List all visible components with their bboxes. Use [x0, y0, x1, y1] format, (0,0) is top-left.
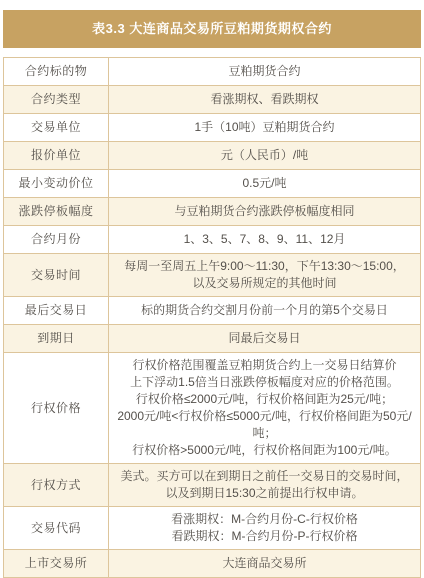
row-label: 最小变动价位 [4, 170, 109, 198]
value-line: 行权价格范围覆盖豆粕期货合约上一交易日结算价 [113, 357, 416, 374]
value-line: 美式。买方可以在到期日之前任一交易日的交易时间， [113, 468, 416, 485]
row-value: 看涨期权：M-合约月份-C-行权价格 看跌期权：M-合约月份-P-行权价格 [109, 507, 421, 550]
value-line: 看涨期权：M-合约月份-C-行权价格 [113, 511, 416, 528]
table-row: 最小变动价位 0.5元/吨 [4, 170, 421, 198]
value-line: 豆粕期货合约 [113, 63, 416, 80]
row-label: 到期日 [4, 325, 109, 353]
value-line: 看涨期权、看跌期权 [113, 91, 416, 108]
value-line: 1、3、5、7、8、9、11、12月 [113, 231, 416, 248]
row-label: 交易时间 [4, 254, 109, 297]
table-row: 交易单位 1手（10吨）豆粕期货合约 [4, 114, 421, 142]
row-label: 涨跌停板幅度 [4, 198, 109, 226]
row-value: 0.5元/吨 [109, 170, 421, 198]
contract-table: 合约标的物 豆粕期货合约 合约类型 看涨期权、看跌期权 交易单位 1手（10吨）… [3, 57, 421, 578]
value-line: 元（人民币）/吨 [113, 147, 416, 164]
table-row: 到期日 同最后交易日 [4, 325, 421, 353]
row-value: 1手（10吨）豆粕期货合约 [109, 114, 421, 142]
table-row: 合约月份 1、3、5、7、8、9、11、12月 [4, 226, 421, 254]
table-row: 交易时间 每周一至周五上午9:00～11:30，下午13:30～15:00， 以… [4, 254, 421, 297]
row-value: 1、3、5、7、8、9、11、12月 [109, 226, 421, 254]
table-row: 交易代码 看涨期权：M-合约月份-C-行权价格 看跌期权：M-合约月份-P-行权… [4, 507, 421, 550]
table-row: 行权价格 行权价格范围覆盖豆粕期货合约上一交易日结算价 上下浮动1.5倍当日涨跌… [4, 353, 421, 464]
table-row: 合约类型 看涨期权、看跌期权 [4, 86, 421, 114]
row-value: 豆粕期货合约 [109, 58, 421, 86]
table-row: 上市交易所 大连商品交易所 [4, 550, 421, 578]
value-line: 与豆粕期货合约涨跌停板幅度相同 [113, 203, 416, 220]
table-title: 表3.3 大连商品交易所豆粕期货期权合约 [3, 10, 421, 48]
row-value: 大连商品交易所 [109, 550, 421, 578]
row-label: 合约月份 [4, 226, 109, 254]
value-line: 行权价格>5000元/吨，行权价格间距为100元/吨。 [113, 442, 416, 459]
value-line: 以及交易所规定的其他时间 [113, 275, 416, 292]
value-line: 同最后交易日 [113, 330, 416, 347]
row-label: 报价单位 [4, 142, 109, 170]
value-line: 以及到期日15:30之前提出行权申请。 [113, 485, 416, 502]
value-line: 上下浮动1.5倍当日涨跌停板幅度对应的价格范围。 [113, 374, 416, 391]
row-label: 交易单位 [4, 114, 109, 142]
value-line: 1手（10吨）豆粕期货合约 [113, 119, 416, 136]
row-value: 行权价格范围覆盖豆粕期货合约上一交易日结算价 上下浮动1.5倍当日涨跌停板幅度对… [109, 353, 421, 464]
value-line: 0.5元/吨 [113, 175, 416, 192]
row-label: 合约标的物 [4, 58, 109, 86]
row-label: 行权方式 [4, 464, 109, 507]
value-line: 标的期货合约交割月份前一个月的第5个交易日 [113, 302, 416, 319]
value-line: 2000元/吨<行权价格≤5000元/吨，行权价格间距为50元/吨； [113, 408, 416, 442]
row-value: 每周一至周五上午9:00～11:30，下午13:30～15:00， 以及交易所规… [109, 254, 421, 297]
row-label: 最后交易日 [4, 297, 109, 325]
table-row: 合约标的物 豆粕期货合约 [4, 58, 421, 86]
table-row: 涨跌停板幅度 与豆粕期货合约涨跌停板幅度相同 [4, 198, 421, 226]
row-value: 同最后交易日 [109, 325, 421, 353]
row-value: 与豆粕期货合约涨跌停板幅度相同 [109, 198, 421, 226]
row-value: 美式。买方可以在到期日之前任一交易日的交易时间， 以及到期日15:30之前提出行… [109, 464, 421, 507]
table-row: 最后交易日 标的期货合约交割月份前一个月的第5个交易日 [4, 297, 421, 325]
table-row: 报价单位 元（人民币）/吨 [4, 142, 421, 170]
value-line: 看跌期权：M-合约月份-P-行权价格 [113, 528, 416, 545]
value-line: 大连商品交易所 [113, 555, 416, 572]
row-label: 交易代码 [4, 507, 109, 550]
row-label: 合约类型 [4, 86, 109, 114]
value-line: 每周一至周五上午9:00～11:30，下午13:30～15:00， [113, 258, 416, 275]
value-line: 行权价格≤2000元/吨，行权价格间距为25元/吨； [113, 391, 416, 408]
page: 表3.3 大连商品交易所豆粕期货期权合约 合约标的物 豆粕期货合约 合约类型 看… [0, 0, 424, 570]
row-value: 元（人民币）/吨 [109, 142, 421, 170]
row-value: 看涨期权、看跌期权 [109, 86, 421, 114]
row-value: 标的期货合约交割月份前一个月的第5个交易日 [109, 297, 421, 325]
table-row: 行权方式 美式。买方可以在到期日之前任一交易日的交易时间， 以及到期日15:30… [4, 464, 421, 507]
row-label: 行权价格 [4, 353, 109, 464]
row-label: 上市交易所 [4, 550, 109, 578]
